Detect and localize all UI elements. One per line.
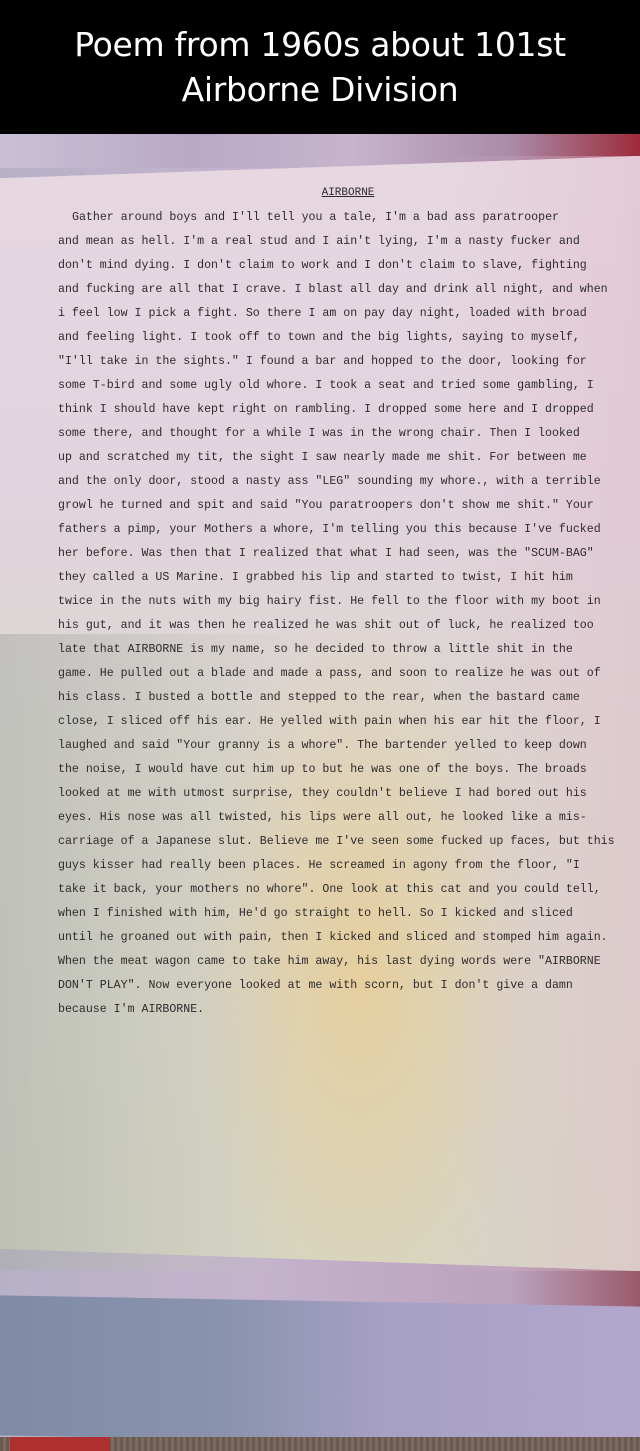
poem-line: take it back, your mothers no whore". On…: [58, 878, 628, 902]
poem-line: because I'm AIRBORNE.: [58, 998, 628, 1022]
poem-title: AIRBORNE: [68, 186, 628, 200]
poem-line: eyes. His nose was all twisted, his lips…: [58, 806, 628, 830]
fabric-background-bottom: [0, 1295, 640, 1446]
poem-line: when I finished with him, He'd go straig…: [58, 902, 628, 926]
poem-line: laughed and said "Your granny is a whore…: [58, 734, 628, 758]
caption-bar: Poem from 1960s about 101st Airborne Div…: [0, 0, 640, 134]
poem-line: late that AIRBORNE is my name, so he dec…: [58, 638, 628, 662]
poem-line: some T-bird and some ugly old whore. I t…: [58, 374, 628, 398]
red-object: [10, 1437, 110, 1451]
caption-line-1: Poem from 1960s about 101st: [74, 25, 566, 64]
poem-line: and fucking are all that I crave. I blas…: [58, 278, 628, 302]
poem-line: DON'T PLAY". Now everyone looked at me w…: [58, 974, 628, 998]
poem-line: growl he turned and spit and said "You p…: [58, 494, 628, 518]
poem-line: fathers a pimp, your Mothers a whore, I'…: [58, 518, 628, 542]
poem-line: don't mind dying. I don't claim to work …: [58, 254, 628, 278]
poem-line: Gather around boys and I'll tell you a t…: [58, 206, 628, 230]
poem-line: and mean as hell. I'm a real stud and I …: [58, 230, 628, 254]
poem-document: AIRBORNE Gather around boys and I'll tel…: [58, 186, 628, 1022]
poem-line: When the meat wagon came to take him awa…: [58, 950, 628, 974]
poem-line: i feel low I pick a fight. So there I am…: [58, 302, 628, 326]
poem-line: the noise, I would have cut him up to bu…: [58, 758, 628, 782]
poem-line: until he groaned out with pain, then I k…: [58, 926, 628, 950]
poem-line: guys kisser had really been places. He s…: [58, 854, 628, 878]
poem-line: up and scratched my tit, the sight I saw…: [58, 446, 628, 470]
poem-line: "I'll take in the sights." I found a bar…: [58, 350, 628, 374]
poem-line: carriage of a Japanese slut. Believe me …: [58, 830, 628, 854]
caption-title: Poem from 1960s about 101st Airborne Div…: [74, 22, 566, 112]
poem-line: close, I sliced off his ear. He yelled w…: [58, 710, 628, 734]
poem-line: game. He pulled out a blade and made a p…: [58, 662, 628, 686]
poem-line: his class. I busted a bottle and stepped…: [58, 686, 628, 710]
poem-line: some there, and thought for a while I wa…: [58, 422, 628, 446]
poem-body: Gather around boys and I'll tell you a t…: [58, 206, 628, 1022]
poem-line: looked at me with utmost surprise, they …: [58, 782, 628, 806]
poem-line: twice in the nuts with my big hairy fist…: [58, 590, 628, 614]
poem-line: her before. Was then that I realized tha…: [58, 542, 628, 566]
photo: AIRBORNE Gather around boys and I'll tel…: [0, 134, 640, 1451]
poem-line: and feeling light. I took off to town an…: [58, 326, 628, 350]
caption-line-2: Airborne Division: [182, 70, 459, 109]
poem-line: they called a US Marine. I grabbed his l…: [58, 566, 628, 590]
poem-line: and the only door, stood a nasty ass "LE…: [58, 470, 628, 494]
poem-line: think I should have kept right on rambli…: [58, 398, 628, 422]
poem-line: his gut, and it was then he realized he …: [58, 614, 628, 638]
